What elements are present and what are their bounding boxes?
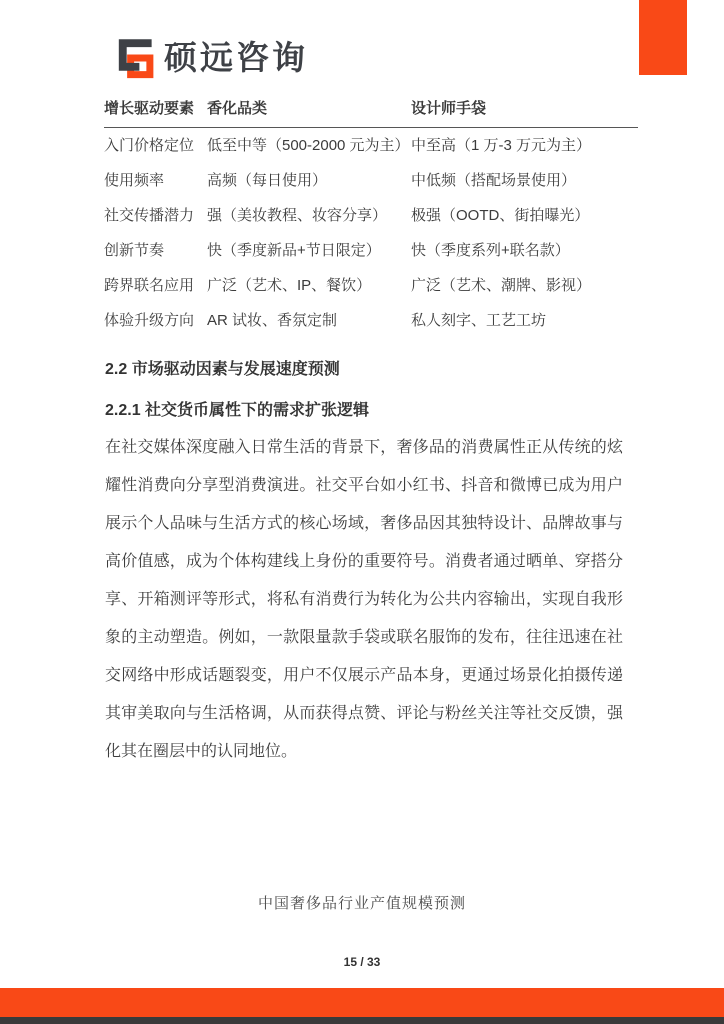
comparison-table: 增长驱动要素 香化品类 设计师手袋 入门价格定位 低至中等（500-2000 元… bbox=[104, 90, 638, 338]
table-cell: 广泛（艺术、IP、餐饮） bbox=[207, 278, 411, 293]
table-row: 体验升级方向 AR 试妆、香氛定制 私人刻字、工艺工坊 bbox=[104, 303, 638, 338]
bottom-accent-bar bbox=[0, 988, 724, 1017]
table-header-cell: 香化品类 bbox=[207, 101, 411, 116]
page-number: 15 / 33 bbox=[0, 955, 724, 969]
table-cell: 中低频（搭配场景使用） bbox=[411, 173, 638, 188]
table-cell: AR 试妆、香氛定制 bbox=[207, 313, 411, 328]
table-cell: 体验升级方向 bbox=[104, 313, 207, 328]
table-cell: 创新节奏 bbox=[104, 243, 207, 258]
brand-logo-icon bbox=[114, 36, 156, 80]
brand-name: 硕远咨询 bbox=[164, 36, 308, 80]
table-row: 创新节奏 快（季度新品+节日限定） 快（季度系列+联名款） bbox=[104, 233, 638, 268]
table-cell: 入门价格定位 bbox=[104, 138, 207, 153]
section-heading: 2.2 市场驱动因素与发展速度预测 bbox=[105, 356, 340, 379]
table-row: 使用频率 高频（每日使用） 中低频（搭配场景使用） bbox=[104, 163, 638, 198]
table-row: 社交传播潜力 强（美妆教程、妆容分享） 极强（OOTD、街拍曝光） bbox=[104, 198, 638, 233]
table-cell: 社交传播潜力 bbox=[104, 208, 207, 223]
table-row: 入门价格定位 低至中等（500-2000 元为主） 中至高（1 万-3 万元为主… bbox=[104, 128, 638, 163]
brand-logo: 硕远咨询 bbox=[114, 36, 308, 80]
table-row: 跨界联名应用 广泛（艺术、IP、餐饮） 广泛（艺术、潮牌、影视） bbox=[104, 268, 638, 303]
table-cell: 低至中等（500-2000 元为主） bbox=[207, 138, 411, 153]
table-cell: 私人刻字、工艺工坊 bbox=[411, 313, 638, 328]
table-cell: 广泛（艺术、潮牌、影视） bbox=[411, 278, 638, 293]
table-header-cell: 增长驱动要素 bbox=[104, 101, 207, 116]
figure-caption: 中国奢侈品行业产值规模预测 bbox=[0, 892, 724, 913]
table-cell: 高频（每日使用） bbox=[207, 173, 411, 188]
table-cell: 快（季度新品+节日限定） bbox=[207, 243, 411, 258]
table-cell: 中至高（1 万-3 万元为主） bbox=[411, 138, 638, 153]
table-cell: 跨界联名应用 bbox=[104, 278, 207, 293]
table-cell: 极强（OOTD、街拍曝光） bbox=[411, 208, 638, 223]
bottom-dark-strip bbox=[0, 1017, 724, 1024]
table-cell: 强（美妆教程、妆容分享） bbox=[207, 208, 411, 223]
table-header-cell: 设计师手袋 bbox=[411, 101, 638, 116]
table-cell: 使用频率 bbox=[104, 173, 207, 188]
corner-accent-block bbox=[639, 0, 687, 75]
body-paragraph: 在社交媒体深度融入日常生活的背景下，奢侈品的消费属性正从传统的炫耀性消费向分享型… bbox=[105, 429, 623, 771]
table-cell: 快（季度系列+联名款） bbox=[411, 243, 638, 258]
document-page: 硕远咨询 增长驱动要素 香化品类 设计师手袋 入门价格定位 低至中等（500-2… bbox=[0, 0, 724, 1024]
subsection-heading: 2.2.1 社交货币属性下的需求扩张逻辑 bbox=[105, 397, 369, 420]
table-header-row: 增长驱动要素 香化品类 设计师手袋 bbox=[104, 90, 638, 128]
